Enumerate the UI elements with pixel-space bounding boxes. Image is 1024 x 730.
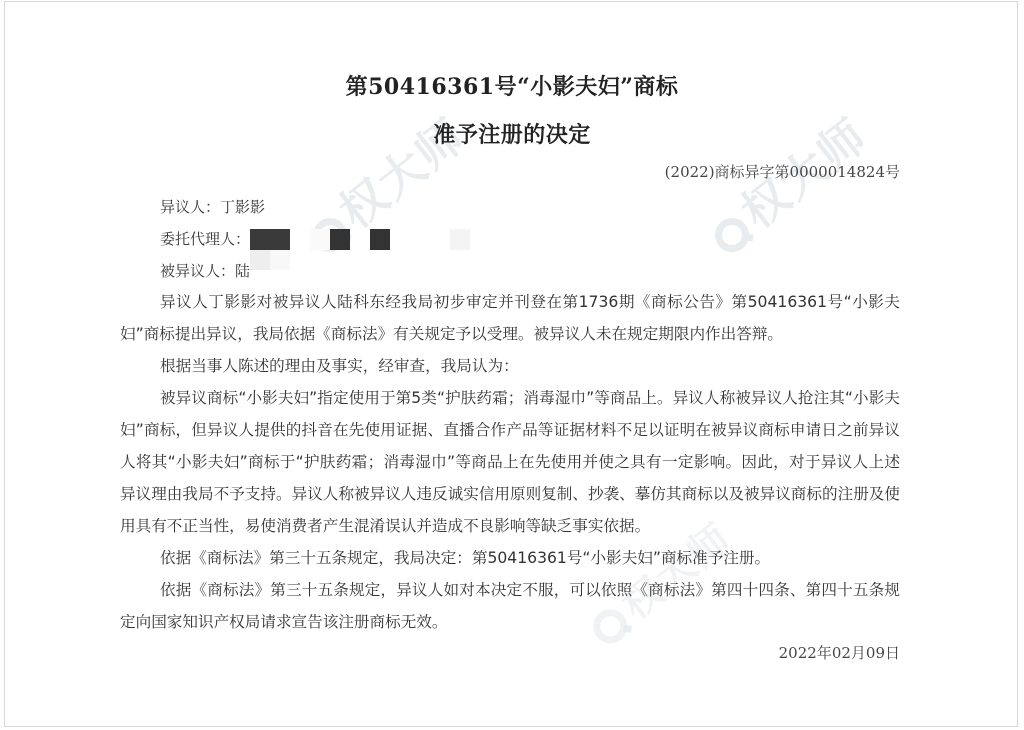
agent-field: 委托代理人： <box>160 228 250 249</box>
redaction-block <box>250 250 270 270</box>
agent-label: 委托代理人： <box>160 230 250 248</box>
document-title: 第50416361号“小影夫妇”商标 <box>0 70 1024 101</box>
opponent-field: 异议人：丁影影 <box>160 196 265 217</box>
paragraph-findings: 被异议商标“小影夫妇”指定使用于第5类“护肤药霜；消毒湿巾”等商品上。异议人称被… <box>120 382 900 542</box>
redaction-block <box>310 229 330 250</box>
paragraph-review-intro: 根据当事人陈述的理由及事实，经审查，我局认为： <box>120 350 900 382</box>
opponent-name: 丁影影 <box>220 198 265 216</box>
respondent-label: 被异议人： <box>160 262 235 280</box>
paragraph-opposition-filed: 异议人丁影影对被异议人陆科东经我局初步审定并刊登在第1736期《商标公告》第50… <box>120 286 900 350</box>
respondent-field: 被异议人：陆 <box>160 260 250 281</box>
paragraph-appeal-rights: 依据《商标法》第三十五条规定，异议人如对本决定不服，可以依照《商标法》第四十四条… <box>120 574 900 638</box>
document-body: 异议人丁影影对被异议人陆科东经我局初步审定并刊登在第1736期《商标公告》第50… <box>120 286 900 638</box>
redaction-block <box>370 229 390 250</box>
redaction-block <box>450 229 470 250</box>
document-number: (2022)商标异字第0000014824号 <box>665 161 900 182</box>
document-subtitle: 准予注册的决定 <box>0 118 1024 149</box>
redaction-block <box>330 229 350 250</box>
redaction-block <box>270 250 290 270</box>
opponent-label: 异议人： <box>160 198 220 216</box>
decision-date: 2022年02月09日 <box>779 642 900 663</box>
respondent-name: 陆 <box>235 262 250 280</box>
paragraph-decision: 依据《商标法》第三十五条规定，我局决定：第50416361号“小影夫妇”商标准予… <box>120 542 900 574</box>
redaction-block <box>250 229 290 250</box>
